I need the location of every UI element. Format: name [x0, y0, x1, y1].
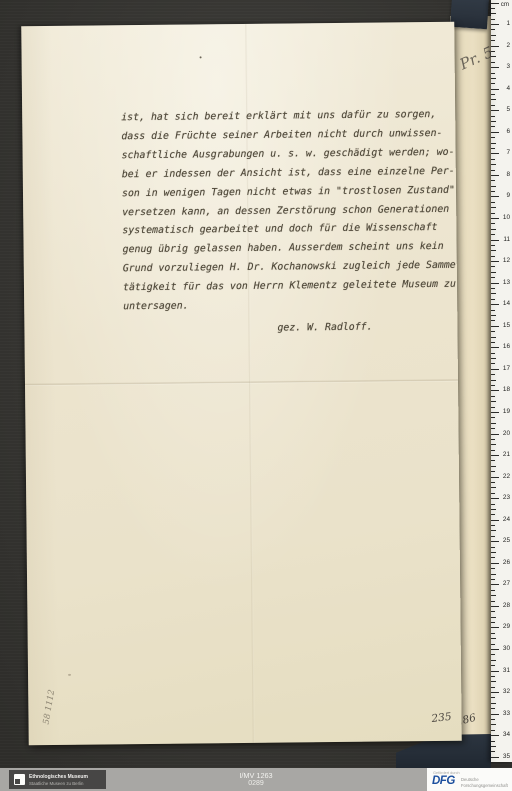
ruler-number: 35: [503, 754, 510, 760]
ruler-tick: [491, 218, 499, 219]
ruler-number: 10: [503, 215, 510, 221]
ruler-tick: [491, 703, 496, 704]
ruler-tick: [491, 8, 495, 9]
ruler-tick: [491, 299, 495, 300]
ruler-tick: [491, 493, 495, 494]
ruler-tick: [491, 347, 499, 348]
ruler-tick: [491, 746, 496, 747]
ruler-tick: [491, 563, 499, 564]
ruler-tick: [491, 568, 495, 569]
ruler-tick: [491, 552, 496, 553]
ruler-tick: [491, 644, 495, 645]
ruler-tick: [491, 477, 499, 478]
ruler-tick: [491, 547, 495, 548]
ruler-tick: [491, 326, 499, 327]
ruler-tick: [491, 261, 499, 262]
ruler: cm 1234567891011121314151617181920212223…: [491, 0, 512, 762]
ruler-tick: [491, 310, 495, 311]
ruler-tick: [491, 342, 495, 343]
ruler-tick: [491, 94, 495, 95]
ruler-tick: [491, 353, 495, 354]
ruler-tick: [491, 19, 495, 20]
ruler-tick: [491, 148, 495, 149]
ruler-number: 34: [503, 732, 510, 738]
ruler-number: 30: [503, 646, 510, 652]
ruler-number: 32: [503, 689, 510, 695]
paper-speck: [68, 674, 71, 676]
ruler-number: 24: [503, 517, 510, 523]
ruler-number: 28: [503, 603, 510, 609]
ruler-tick: [491, 175, 499, 176]
ruler-tick: [491, 681, 496, 682]
ruler-tick: [491, 735, 499, 736]
ruler-tick: [491, 423, 496, 424]
ruler-tick: [491, 692, 499, 693]
ruler-number: 17: [503, 366, 510, 372]
ruler-tick: [491, 99, 496, 100]
letter-lines: ist, hat sich bereit erklärt mit uns daf…: [121, 106, 462, 318]
dfg-name-line2: Forschungsgemeinschaft: [461, 783, 508, 788]
ruler-number: 15: [503, 323, 510, 329]
ruler-tick: [491, 385, 495, 386]
handwritten-folio-number: 235: [431, 711, 452, 725]
ruler-tick: [491, 460, 495, 461]
ruler-tick: [491, 213, 495, 214]
ruler-tick: [491, 62, 495, 63]
ruler-number: 12: [503, 258, 510, 264]
ruler-tick: [491, 56, 496, 57]
ruler-tick: [491, 245, 495, 246]
ruler-tick: [491, 105, 495, 106]
ruler-tick: [491, 509, 496, 510]
ruler-number: 7: [506, 150, 510, 156]
ruler-number: 21: [503, 452, 510, 458]
ruler-tick: [491, 428, 495, 429]
dfg-logo: Gefördert durch DFG Deutsche Forschungsg…: [427, 768, 512, 791]
ruler-tick: [491, 450, 495, 451]
ruler-tick: [491, 714, 499, 715]
ruler-tick: [491, 40, 495, 41]
ruler-tick: [491, 536, 495, 537]
ruler-tick: [491, 73, 495, 74]
ruler-tick: [491, 320, 495, 321]
ruler-tick: [491, 159, 495, 160]
ruler-tick: [491, 407, 495, 408]
ruler-number: 33: [503, 711, 510, 717]
ruler-tick: [491, 223, 495, 224]
ruler-tick: [491, 606, 499, 607]
ruler-tick: [491, 396, 495, 397]
ruler-number: 29: [503, 624, 510, 630]
ruler-tick: [491, 482, 495, 483]
ruler-tick: [491, 654, 495, 655]
ruler-tick: [491, 741, 495, 742]
ruler-tick: [491, 229, 496, 230]
ruler-tick: [491, 283, 499, 284]
ruler-tick: [491, 671, 499, 672]
ruler-tick: [491, 633, 495, 634]
ruler-tick: [491, 649, 499, 650]
ruler-tick: [491, 110, 499, 111]
ruler-tick: [491, 676, 495, 677]
ruler-tick: [491, 601, 495, 602]
ruler-tick: [491, 638, 496, 639]
ruler-tick: [491, 514, 495, 515]
photo-area: Pr. 5 286 ist, hat sich bereit erklärt m…: [0, 0, 512, 768]
ruler-tick: [491, 288, 495, 289]
ruler-tick: [491, 525, 495, 526]
ruler-tick: [491, 266, 495, 267]
ruler-tick: [491, 617, 496, 618]
ruler-tick: [491, 202, 495, 203]
ruler-tick: [491, 579, 495, 580]
ruler-tick: [491, 29, 495, 30]
ruler-tick: [491, 35, 496, 36]
ruler-tick: [491, 622, 495, 623]
ruler-tick: [491, 153, 499, 154]
ruler-tick: [491, 401, 496, 402]
ruler-tick: [491, 730, 495, 731]
ruler-tick: [491, 719, 495, 720]
ruler-tick: [491, 434, 499, 435]
ruler-tick: [491, 121, 496, 122]
ruler-tick: [491, 660, 496, 661]
scan-viewer: Pr. 5 286 ist, hat sich bereit erklärt m…: [0, 0, 512, 791]
ruler-tick: [491, 116, 495, 117]
ruler-tick: [491, 67, 499, 68]
ruler-tick: [491, 724, 496, 725]
ruler-tick: [491, 180, 495, 181]
signature-line: gez. W. Radloff.: [123, 318, 461, 341]
ruler-tick: [491, 471, 495, 472]
book-cover-corner-top: [450, 0, 489, 29]
ruler-tick: [491, 13, 496, 14]
ruler-tick: [491, 584, 499, 585]
ruler-number: 31: [503, 668, 510, 674]
ruler-unit-label: cm: [501, 1, 509, 8]
ruler-tick: [491, 530, 496, 531]
dfg-funded-by-label: Gefördert durch: [433, 771, 460, 775]
letter-line: untersagen.: [123, 295, 462, 318]
ruler-tick: [491, 170, 495, 171]
ruler-tick: [491, 466, 496, 467]
ruler-number: 19: [503, 409, 510, 415]
ruler-number: 22: [503, 474, 510, 480]
ruler-tick: [491, 272, 496, 273]
ruler-number: 13: [503, 280, 510, 286]
ruler-tick: [491, 611, 495, 612]
ruler-number: 14: [503, 301, 510, 307]
ruler-tick: [491, 439, 495, 440]
ruler-tick: [491, 751, 495, 752]
ruler-number: 1: [506, 21, 510, 27]
ruler-tick: [491, 374, 495, 375]
ruler-tick: [491, 89, 499, 90]
ruler-tick: [491, 126, 495, 127]
ruler-tick: [491, 520, 499, 521]
ruler-tick: [491, 708, 495, 709]
ruler-tick: [491, 186, 496, 187]
ruler-number: 20: [503, 431, 510, 437]
ruler-number: 5: [506, 107, 510, 113]
ruler-tick: [491, 455, 499, 456]
ruler-tick: [491, 24, 499, 25]
ruler-tick: [491, 331, 495, 332]
ruler-number: 18: [503, 387, 510, 393]
ruler-tick: [491, 250, 496, 251]
ruler-number: 3: [506, 64, 510, 70]
ruler-tick: [491, 358, 496, 359]
ruler-tick: [491, 665, 495, 666]
ruler-tick: [491, 277, 495, 278]
ruler-number: 6: [506, 129, 510, 135]
ruler-number: 2: [506, 43, 510, 49]
letter-page: ist, hat sich bereit erklärt mit uns daf…: [21, 22, 462, 745]
ruler-tick: [491, 315, 496, 316]
ruler-tick: [491, 132, 499, 133]
ruler-tick: [491, 363, 495, 364]
ruler-tick: [491, 627, 499, 628]
ruler-tick: [491, 697, 495, 698]
ruler-tick: [491, 757, 499, 758]
ruler-number: 4: [506, 86, 510, 92]
ruler-tick: [491, 240, 499, 241]
ruler-tick: [491, 164, 496, 165]
ruler-number: 26: [503, 560, 510, 566]
ruler-tick: [491, 390, 499, 391]
ruler-tick: [491, 498, 499, 499]
ruler-tick: [491, 3, 499, 4]
ruler-tick: [491, 143, 496, 144]
ruler-tick: [491, 595, 496, 596]
ruler-number: 16: [503, 344, 510, 350]
ruler-tick: [491, 78, 496, 79]
ruler-tick: [491, 234, 495, 235]
ruler-number: 8: [506, 172, 510, 178]
ruler-tick: [491, 137, 495, 138]
horizontal-fold-crease: [25, 379, 458, 387]
ruler-tick: [491, 557, 495, 558]
ruler-tick: [491, 293, 496, 294]
ruler-number: 27: [503, 581, 510, 587]
ruler-tick: [491, 487, 496, 488]
ruler-tick: [491, 337, 496, 338]
ruler-tick: [491, 207, 496, 208]
ruler-tick: [491, 369, 499, 370]
ruler-tick: [491, 256, 495, 257]
ruler-tick: [491, 46, 499, 47]
ruler-number: 11: [503, 237, 510, 243]
ruler-number: 9: [506, 193, 510, 199]
ruler-tick: [491, 304, 499, 305]
letter-line: tätigkeit für das von Herrn Klementz gel…: [123, 276, 462, 299]
ruler-tick: [491, 541, 499, 542]
ruler-number: 25: [503, 538, 510, 544]
ruler-tick: [491, 417, 495, 418]
paper-speck: [200, 56, 202, 58]
footer-bar: Ethnologisches Museum Staatliche Museen …: [0, 768, 512, 791]
ruler-tick: [491, 574, 496, 575]
handwritten-margin-mark: 58 1112: [38, 670, 60, 745]
ruler-tick: [491, 444, 496, 445]
ruler-number: 23: [503, 495, 510, 501]
ruler-tick: [491, 380, 496, 381]
dfg-acronym: DFG: [432, 775, 455, 787]
dfg-name-line1: Deutsche: [461, 777, 479, 782]
ruler-tick: [491, 687, 495, 688]
ruler-tick: [491, 504, 495, 505]
letter-body: ist, hat sich bereit erklärt mit uns daf…: [121, 106, 462, 340]
ruler-tick: [491, 191, 495, 192]
ruler-tick: [491, 51, 495, 52]
ruler-tick: [491, 83, 495, 84]
ruler-tick: [491, 590, 495, 591]
ruler-tick: [491, 412, 499, 413]
ruler-tick: [491, 196, 499, 197]
